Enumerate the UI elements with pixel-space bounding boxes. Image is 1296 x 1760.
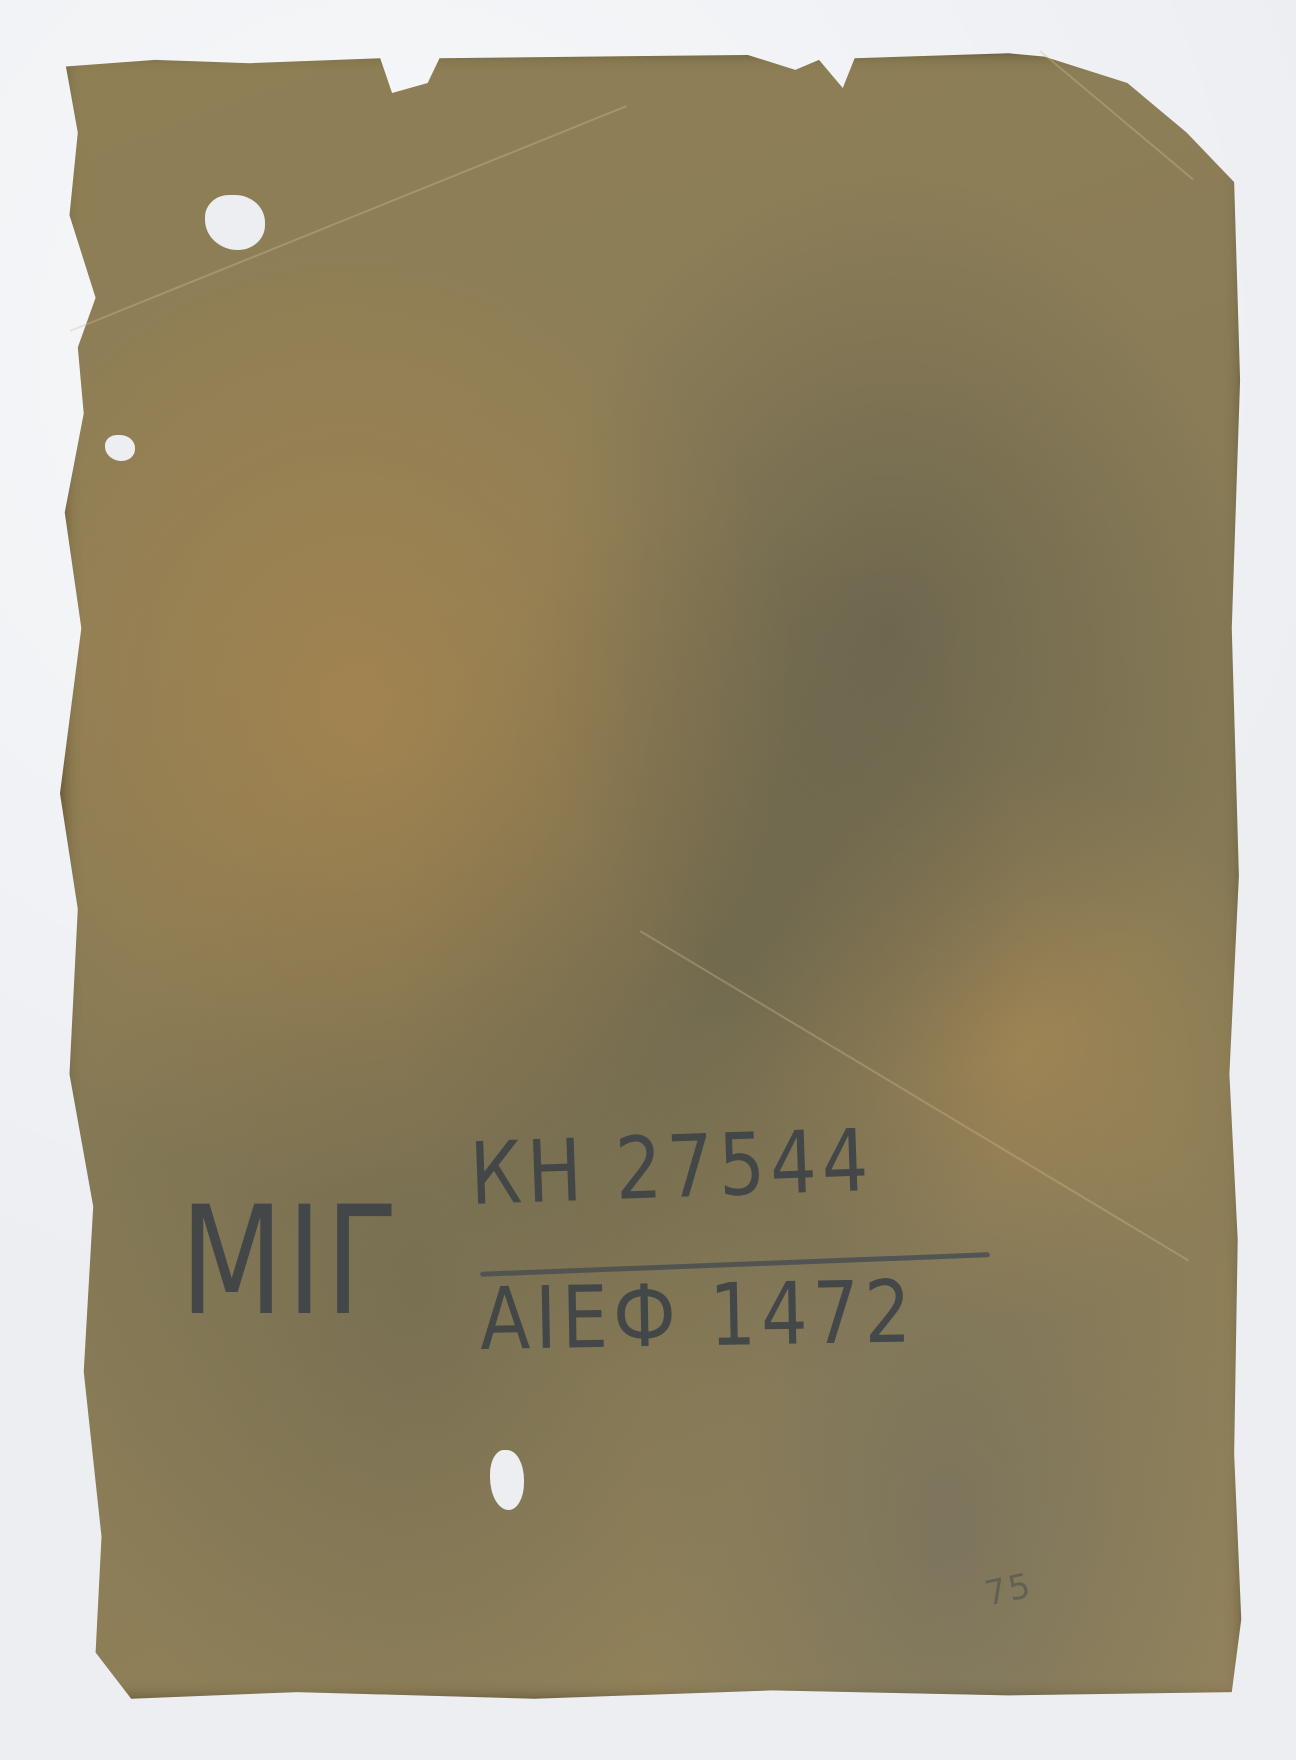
collection-mark: МІГ [180, 1175, 402, 1349]
inventory-number: КН 27544 [468, 1111, 875, 1225]
paper-hole [490, 1450, 524, 1510]
paper-hole [105, 435, 135, 461]
photograph-reverse [60, 50, 1246, 1702]
archive-number: АІЕФ 1472 [479, 1262, 917, 1370]
